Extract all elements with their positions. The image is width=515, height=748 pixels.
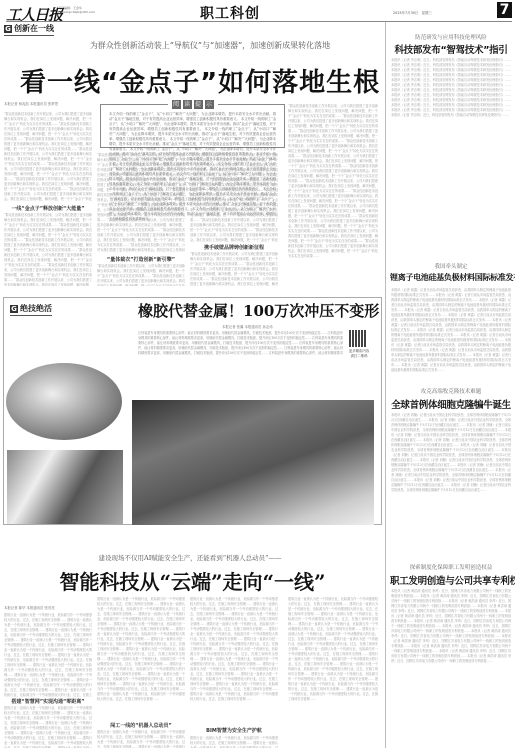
sidebar-headline-2: 锂离子电池硅基负极材料国际标准发布: [390, 272, 512, 283]
bottom-body-col1: 建筑行业一直被认为是一个传统行业，危险源当作一个劳动强度较大的行业。过去，在施工…: [4, 613, 92, 698]
sidebar-headline-3: 全球首例体细胞克隆犏牛诞生: [390, 397, 512, 411]
tip-char: 提: [194, 100, 203, 109]
page-number: 7: [497, 2, 512, 18]
email-line: E-mail:grrbkjb@163.com: [58, 10, 95, 14]
column-label: 绝技绝活: [20, 303, 52, 314]
main-body-col2: “群众性创新技术创新工作开展以来，公司为我们搭建了更多创新舞台和实现机会。我们在…: [97, 153, 185, 253]
masthead-meta: 责任编辑：王金华 E-mail:grrbkjb@163.com: [58, 6, 95, 14]
column-g-icon: G: [10, 305, 18, 313]
main-subhead-1: 一线“金点子”释放创新“大能量”: [4, 205, 92, 212]
column-badge-skills: G 绝技绝活: [10, 303, 52, 316]
bottom-subhead-1: 搭建“智慧网”实现沟通“零距离”: [4, 698, 92, 705]
main-body-col1b: “群众性创新技术创新工作开展以来，公司为我们搭建了更多创新舞台和实现机会。我们在…: [4, 213, 92, 286]
sidebar-kicker-1: 防范研发与应用科技伦理风险: [390, 33, 512, 41]
bottom-kicker: 建设现场不仅用AI赋能安全生产，还能看到“机器人总动员”——: [40, 553, 340, 562]
bottom-subhead-2: 闯工一线的“机器人总动员”: [97, 722, 185, 729]
sidebar-body-1: 本报讯（记者 齐志明）近日，科技部官网发布《智能自动驾驶技术研发伦理指引》…… …: [391, 58, 511, 266]
sidebar-body-4: 本报讯（记者 黄洪涛 通讯员 李昂）近日，国网江苏省电力有限公司两个一线职工的发…: [391, 589, 511, 748]
main-body-col4: “群众性创新技术创新工作开展以来，公司为我们搭建了更多创新舞台和实现机会。我们在…: [288, 104, 378, 286]
qr-caption-line: 请扫二维码: [340, 354, 378, 359]
column-badge-innovation: G 创新在一线: [4, 23, 54, 36]
sidebar-body-2: 本报讯（记者 黄露）记者日前从市场监管总局获悉，由我国牵头制定的锂离子电池硅基负…: [391, 288, 511, 386]
tip-char: 阅: [172, 100, 181, 109]
feature-headline: 橡胶代替金属！100万次冲压不变形: [138, 300, 378, 321]
sidebar-divider: [385, 22, 386, 748]
column-g-icon: G: [4, 25, 12, 33]
sidebar-headline-4: 职工发明创造与公司共享专利权: [390, 573, 512, 587]
column-label: 创新在一线: [14, 23, 54, 34]
bottom-byline: 本报记者 陈华 本报通讯员 张亮亮: [4, 605, 55, 610]
bottom-body-col3: 建筑行业一直被认为是一个传统行业，危险源当作一个劳动强度较大的行业。过去，在施工…: [190, 597, 278, 722]
sidebar-body-3: 本报讯（记者 刘楠）记者日前从中国农业科学院获悉，全球首例体细胞克隆犏牛于5月1…: [391, 413, 511, 561]
tip-char: 示: [205, 100, 214, 109]
main-body-col3: “群众性创新技术创新工作开展以来，公司为我们搭建了更多创新舞台和实现机会。我们在…: [190, 153, 278, 243]
bottom-body-col1b: 建筑行业一直被认为是一个传统行业，危险源当作一个劳动强度较大的行业。过去，在施工…: [4, 706, 92, 748]
main-body-col1: “群众性创新技术创新工作开展以来，公司为我们搭建了更多创新舞台和实现机会。我们在…: [4, 112, 92, 202]
bottom-subhead-3: BIM智慧为安全生产护航: [190, 727, 278, 734]
main-kicker: 为群众性创新活动装上“导航仪”与“加速器”，加速创新成果转化落地: [40, 40, 380, 51]
bottom-body-col3b: 建筑行业一直被认为是一个传统行业，危险源当作一个劳动强度较大的行业。过去，在施工…: [190, 736, 278, 748]
qr-code-icon[interactable]: [349, 330, 367, 347]
reading-tips-title: 阅 读 提 示: [168, 100, 218, 109]
photo-worker-inspection: [7, 450, 123, 524]
main-subhead-3: 携手破壁品牌铸创新新征程: [190, 244, 278, 251]
issue-date: 2025年7月30日 星期三: [393, 10, 432, 15]
bottom-body-col2b: 建筑行业一直被认为是一个传统行业，危险源当作一个劳动强度较大的行业。过去，在施工…: [97, 730, 185, 748]
feature-lead: 江科装是车身模具的重要核心部件，能让材料精度要求更高，用橡胶代替金属模具，打破技…: [138, 331, 343, 355]
bottom-body-col2: 建筑行业一直被认为是一个传统行业，危险源当作一个劳动强度较大的行业。过去，在施工…: [97, 597, 185, 719]
bottom-body-col4: 建筑行业一直被认为是一个传统行业，危险源当作一个劳动强度较大的行业。过去，在施工…: [288, 597, 378, 748]
sidebar-kicker-3: 攻克高端牧克隆技术难题: [390, 387, 512, 395]
section-title: 职工科创: [200, 3, 260, 23]
main-body-col3b: “群众性创新技术创新工作开展以来，公司为我们搭建了更多创新舞台和实现机会。我们在…: [190, 252, 278, 286]
main-body-col2b: “群众性创新技术创新工作开展以来，公司为我们搭建了更多创新舞台和实现机会。我们在…: [97, 264, 185, 286]
header-rule: [6, 21, 512, 22]
photo-worker-car-body: [132, 400, 374, 525]
photo-oval-car-part: [6, 363, 122, 440]
qr-caption: 更多精彩内容 请扫二维码: [340, 349, 378, 359]
tip-char: 读: [183, 100, 192, 109]
bottom-headline: 智能科技从“云端”走向“一线”: [20, 566, 365, 595]
feature-byline: 本报记者 张翼 本报通讯员 孙志伟: [222, 324, 273, 329]
main-byline: 本报记者 杨兆凯 本报通讯员 张梦思: [4, 101, 58, 106]
sidebar-headline-1: 科技部发布“智驾技术”指引: [390, 42, 512, 56]
main-subhead-2: “量体裁衣”打造创新“新引擎”: [97, 256, 185, 263]
main-headline: 看一线“金点子”如何落地生根: [20, 62, 365, 99]
sidebar-kicker-4: 探索制度化保障职工发明创造权益: [390, 563, 512, 571]
reading-tips-box: 阅 读 提 示 本文介绍一线的职工“金点子”，从“小切口”“解决”“大问题”，为…: [100, 104, 285, 148]
sidebar-kicker-2: 我国牵头制定: [390, 262, 512, 270]
